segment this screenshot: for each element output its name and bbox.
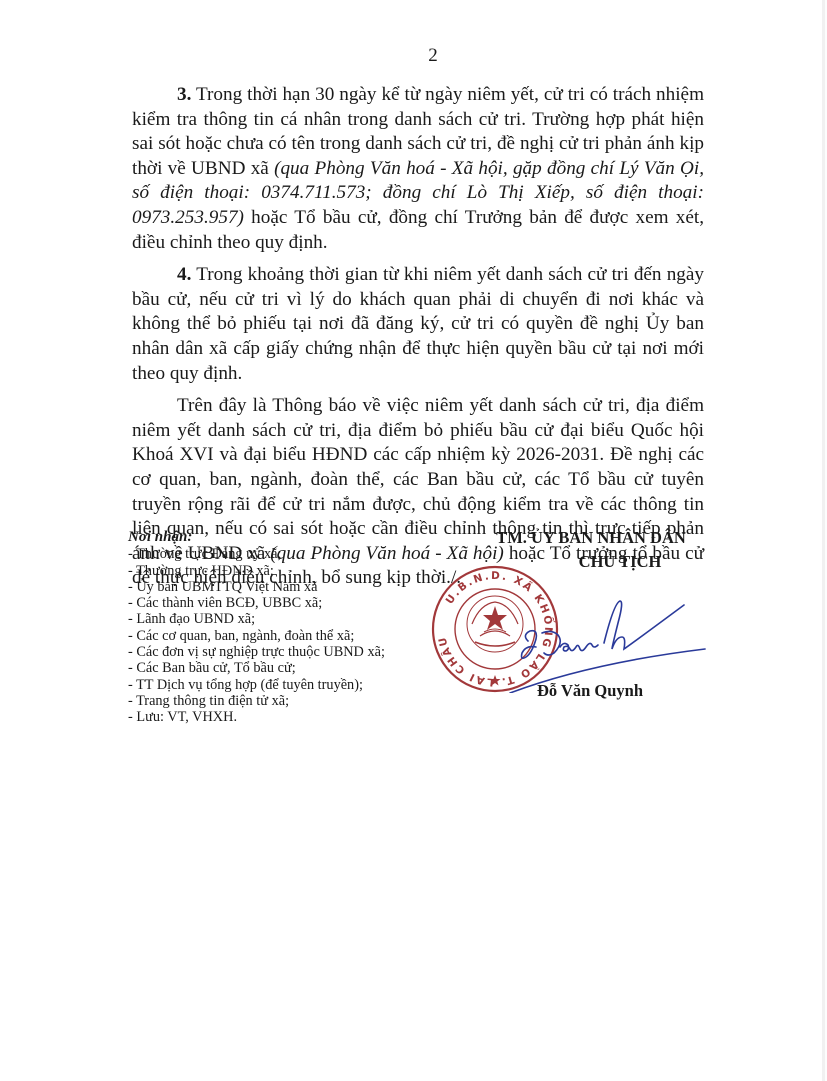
paragraph-3-number: 3. xyxy=(177,84,191,105)
paragraph-4-text: Trong khoảng thời gian từ khi niêm yết d… xyxy=(132,264,704,383)
recipient-item: - Các Ban bầu cử, Tổ bầu cử; xyxy=(128,660,428,676)
recipient-item: - Thường trực Đảng uỷ xã; xyxy=(128,546,428,562)
recipient-item: - Các cơ quan, ban, ngành, đoàn thể xã; xyxy=(128,628,428,644)
recipient-item: - Thường trực HĐND xã; xyxy=(128,563,428,579)
recipient-list: - Thường trực Đảng uỷ xã;- Thường trực H… xyxy=(128,546,428,725)
document-page: 2 3. Trong thời hạn 30 ngày kể từ ngày n… xyxy=(0,0,825,1081)
recipient-item: - Các thành viên BCĐ, UBBC xã; xyxy=(128,595,428,611)
recipient-item: - TT Dịch vụ tổng hợp (để tuyên truyền); xyxy=(128,677,428,693)
signatory-name: Đỗ Văn Quynh xyxy=(500,681,680,701)
recipient-item: - Trang thông tin điện tử xã; xyxy=(128,693,428,709)
recipients-title: Nơi nhận: xyxy=(128,529,428,545)
paragraph-4-number: 4. xyxy=(177,264,191,285)
paragraph-3: 3. Trong thời hạn 30 ngày kể từ ngày niê… xyxy=(132,83,704,255)
recipients-block: Nơi nhận: - Thường trực Đảng uỷ xã;- Thư… xyxy=(128,529,428,726)
recipient-item: - Lãnh đạo UBND xã; xyxy=(128,611,428,627)
handwritten-signature xyxy=(500,583,710,693)
page-number: 2 xyxy=(0,45,827,67)
signature-organization: TM. ỦY BAN NHÂN DÂN xyxy=(476,528,706,548)
paragraph-4: 4. Trong khoảng thời gian từ khi niêm yế… xyxy=(132,263,704,386)
recipient-item: - Các đơn vị sự nghiệp trực thuộc UBND x… xyxy=(128,644,428,660)
recipient-item: - Ủy ban UBMTTQ Việt Nam xã xyxy=(128,579,428,595)
document-body: 3. Trong thời hạn 30 ngày kể từ ngày niê… xyxy=(132,83,704,599)
recipient-item: - Lưu: VT, VHXH. xyxy=(128,709,428,725)
